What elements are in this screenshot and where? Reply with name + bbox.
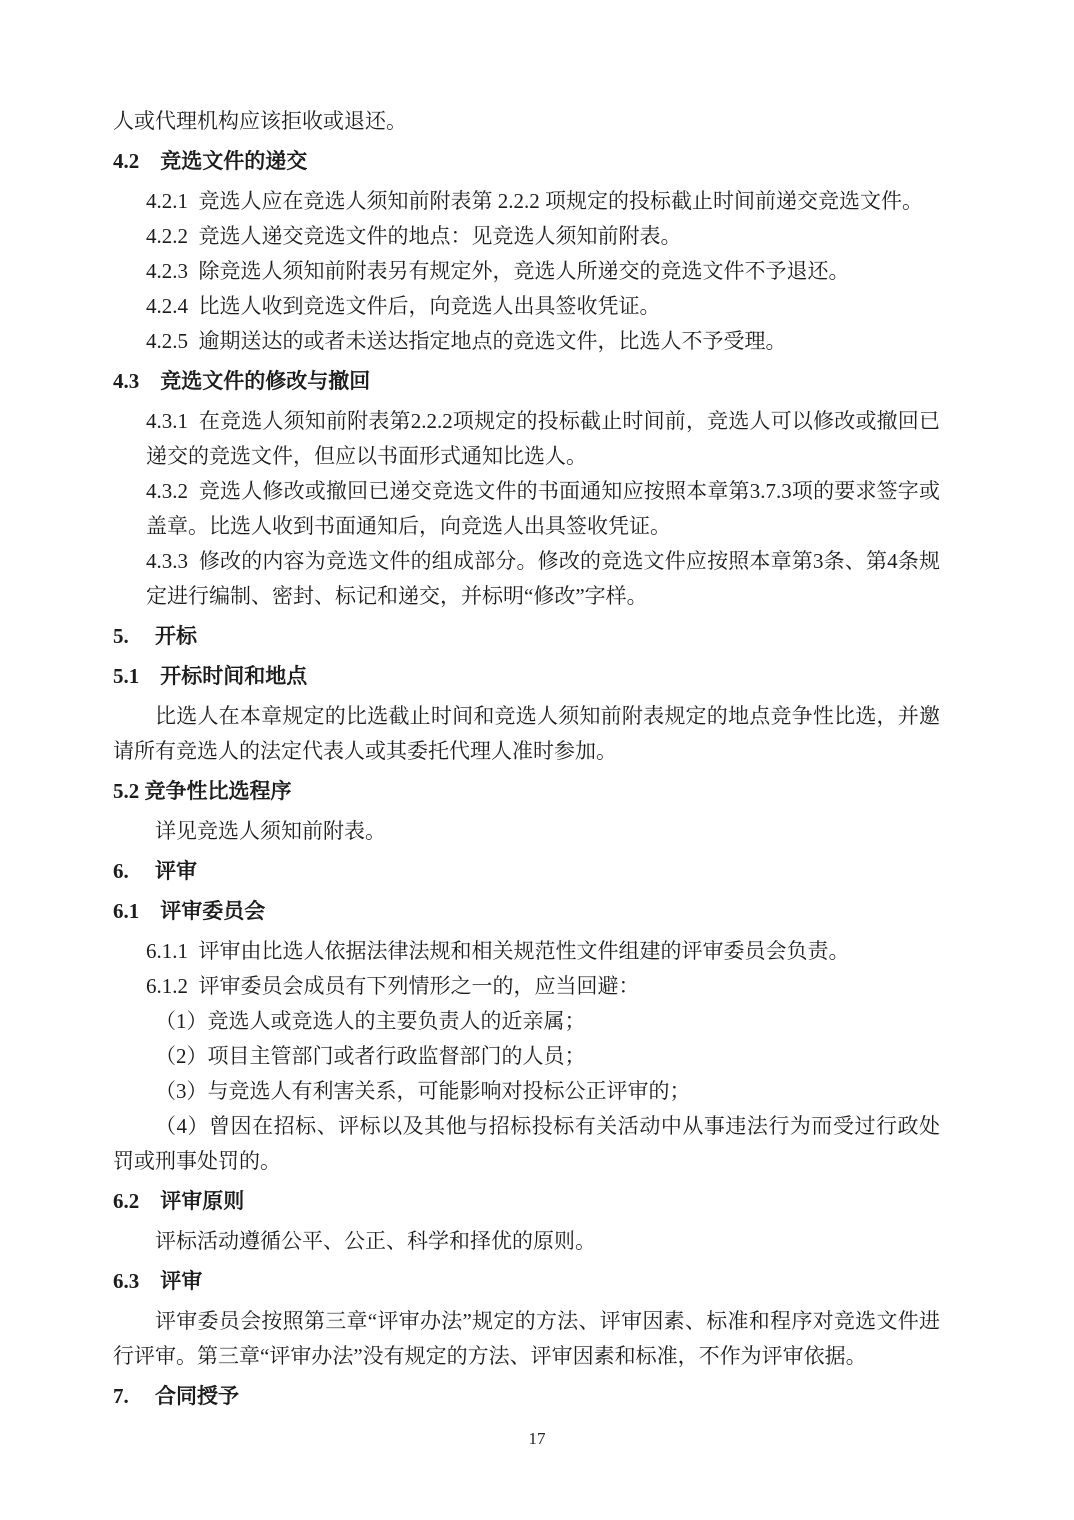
list-item-4-2-1: 4.2.1 竞选人应在竞选人须知前附表第 2.2.2 项规定的投标截止时间前递交…	[146, 184, 940, 219]
sub-item-3: （3）与竞选人有利害关系，可能影响对投标公正评审的；	[113, 1074, 940, 1109]
document-body: 人或代理机构应该拒收或退还。 4.2 竞选文件的递交 4.2.1 竞选人应在竞选…	[0, 0, 1074, 1419]
list-item-4-2-5: 4.2.5 逾期送达的或者未送达指定地点的竞选文件，比选人不予受理。	[146, 324, 940, 359]
paragraph-6-2: 评标活动遵循公平、公正、科学和择优的原则。	[113, 1224, 940, 1259]
section-heading-6-1: 6.1 评审委员会	[113, 894, 940, 929]
list-item-6-1-2: 6.1.2 评审委员会成员有下列情形之一的，应当回避：	[146, 969, 940, 1004]
section-heading-5-1: 5.1 开标时间和地点	[113, 659, 940, 694]
section-heading-6-3: 6.3 评审	[113, 1264, 940, 1299]
document-page: 人或代理机构应该拒收或退还。 4.2 竞选文件的递交 4.2.1 竞选人应在竞选…	[0, 0, 1074, 1520]
section-heading-6-2: 6.2 评审原则	[113, 1184, 940, 1219]
paragraph-6-3: 评审委员会按照第三章“评审办法”规定的方法、评审因素、标准和程序对竞选文件进行评…	[113, 1304, 940, 1374]
list-item-4-2-3: 4.2.3 除竞选人须知前附表另有规定外，竞选人所递交的竞选文件不予退还。	[146, 254, 940, 289]
list-item-4-3-2: 4.3.2 竞选人修改或撤回已递交竞选文件的书面通知应按照本章第3.7.3项的要…	[146, 474, 940, 544]
sub-item-4: （4）曾因在招标、评标以及其他与招标投标有关活动中从事违法行为而受过行政处罚或刑…	[113, 1109, 940, 1179]
section-heading-4-3: 4.3 竞选文件的修改与撤回	[113, 364, 940, 399]
list-item-4-2-4: 4.2.4 比选人收到竞选文件后，向竞选人出具签收凭证。	[146, 289, 940, 324]
section-heading-5-2: 5.2 竞争性比选程序	[113, 774, 940, 809]
paragraph-continuation: 人或代理机构应该拒收或退还。	[113, 104, 940, 139]
paragraph-5-1: 比选人在本章规定的比选截止时间和竞选人须知前附表规定的地点竞争性比选，并邀请所有…	[113, 699, 940, 769]
chapter-heading-6: 6. 评审	[113, 854, 940, 889]
sub-item-2: （2）项目主管部门或者行政监督部门的人员；	[113, 1039, 940, 1074]
list-item-4-2-2: 4.2.2 竞选人递交竞选文件的地点：见竞选人须知前附表。	[146, 219, 940, 254]
sub-item-1: （1）竞选人或竞选人的主要负责人的近亲属；	[113, 1004, 940, 1039]
list-item-4-3-1: 4.3.1 在竞选人须知前附表第2.2.2项规定的投标截止时间前，竞选人可以修改…	[146, 404, 940, 474]
list-item-4-3-3: 4.3.3 修改的内容为竞选文件的组成部分。修改的竞选文件应按照本章第3条、第4…	[146, 544, 940, 614]
chapter-heading-5: 5. 开标	[113, 619, 940, 654]
paragraph-5-2: 详见竞选人须知前附表。	[113, 814, 940, 849]
list-item-6-1-1: 6.1.1 评审由比选人依据法律法规和相关规范性文件组建的评审委员会负责。	[146, 934, 940, 969]
page-number: 17	[0, 1428, 1074, 1450]
chapter-heading-7: 7. 合同授予	[113, 1379, 940, 1414]
section-heading-4-2: 4.2 竞选文件的递交	[113, 144, 940, 179]
